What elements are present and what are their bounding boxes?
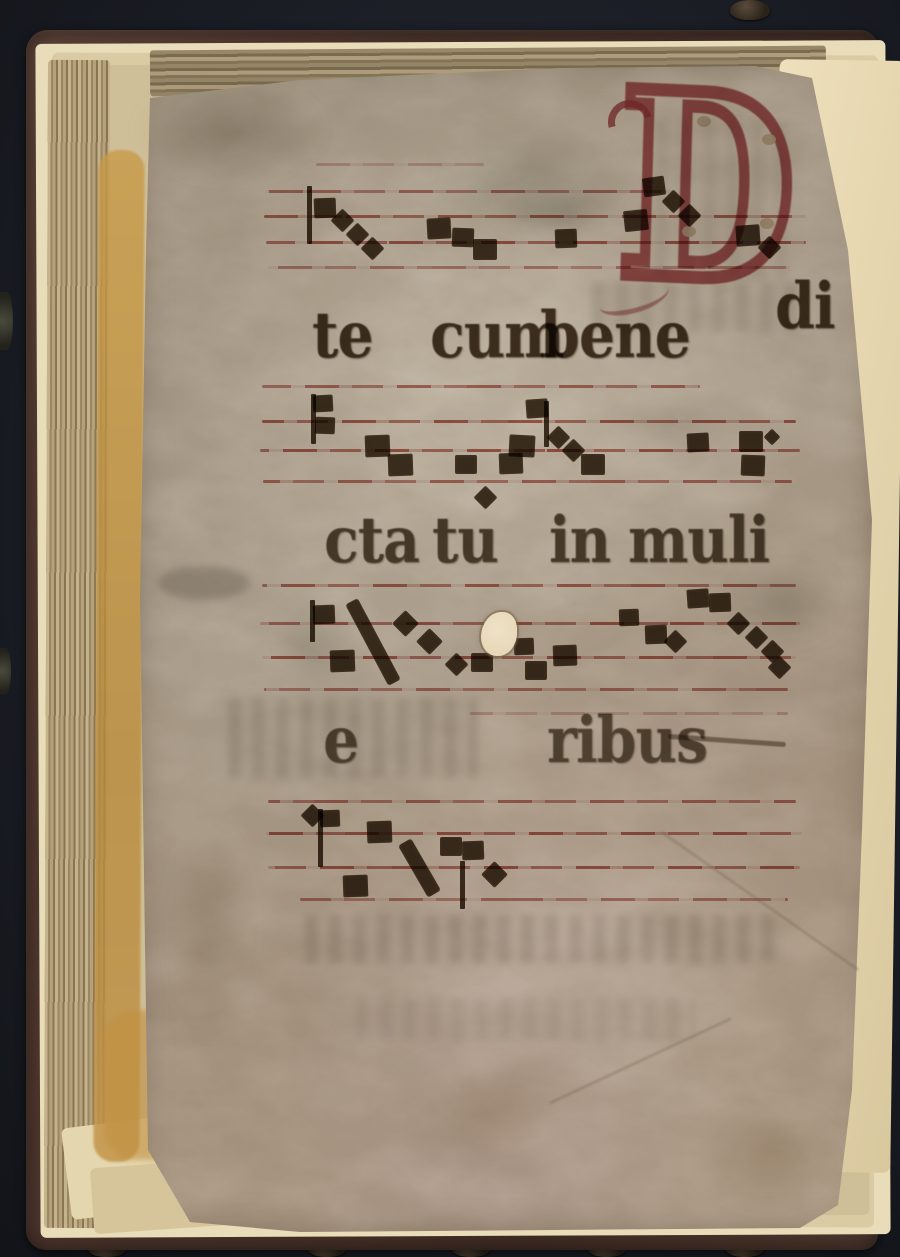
photo-background: tecumbenedictatuinmulieribus D [0, 0, 900, 1257]
neume-sq [314, 198, 337, 219]
neume-st [460, 861, 465, 909]
stain-blob [600, 380, 740, 470]
staff-line [268, 800, 796, 803]
staff-line [316, 163, 484, 166]
neume-sq [709, 593, 732, 613]
staff-line [300, 898, 788, 901]
neume-sq [455, 455, 477, 474]
neume-sq [508, 434, 535, 457]
chant-word: muli [628, 508, 769, 572]
parchment-hole [481, 612, 517, 656]
neume-sq [315, 417, 336, 435]
neume-sq [619, 609, 640, 627]
staff-line [262, 385, 700, 388]
neume-sq [367, 821, 393, 844]
stain-blob [150, 780, 270, 1080]
chant-word: e [323, 708, 358, 772]
neume-sq [514, 638, 535, 656]
chant-word: te [312, 303, 373, 367]
neume-sq [739, 431, 763, 452]
neume-sq [388, 454, 414, 477]
staff-line [268, 866, 800, 869]
neume-st [307, 186, 312, 244]
initial-dot [697, 116, 711, 127]
neume-di [416, 628, 443, 655]
neume-sq [462, 841, 485, 861]
margin-smudge [158, 566, 250, 600]
staff-line [260, 622, 800, 625]
initial-dot [760, 218, 774, 229]
neume-sq [525, 661, 547, 680]
neume-sq [687, 432, 710, 452]
neume-sq [320, 810, 341, 828]
staff-line [262, 584, 796, 587]
neume-sq [313, 605, 336, 625]
neume-di [764, 429, 781, 446]
neume-sq [330, 650, 356, 673]
neume-sq [741, 455, 766, 477]
chant-word: in [549, 508, 610, 572]
staff-line [266, 190, 672, 193]
neume-sq [471, 653, 493, 672]
chant-word: cta [324, 508, 419, 572]
neume-sq [553, 645, 578, 667]
initial-dot [762, 134, 776, 145]
chant-word: tu [432, 508, 498, 572]
neume-sq [313, 394, 334, 412]
stain-blob [100, 60, 360, 200]
neume-sq [581, 454, 605, 475]
neume-sq [473, 239, 497, 260]
staff-line [263, 480, 792, 483]
staff-line [266, 832, 802, 835]
neume-sq [440, 837, 462, 856]
stain-blob [660, 1080, 880, 1230]
neume-sq [555, 229, 578, 249]
neume-sq [686, 588, 709, 608]
stain-blob [255, 575, 375, 695]
neume-di [392, 610, 419, 637]
initial-dot [682, 226, 696, 237]
staff-line [262, 420, 796, 423]
stain-blob [330, 1010, 660, 1220]
page-content: tecumbenedictatuinmulieribus D [0, 0, 900, 1257]
neume-sq [365, 435, 391, 458]
neume-sq [343, 875, 369, 898]
neume-sq [452, 228, 475, 248]
ghost-text [305, 915, 785, 963]
staff-line [264, 688, 788, 691]
illuminated-initial: D [622, 86, 817, 301]
neume-sq [426, 217, 451, 239]
neume-di [663, 629, 687, 653]
ghost-text [355, 998, 695, 1040]
